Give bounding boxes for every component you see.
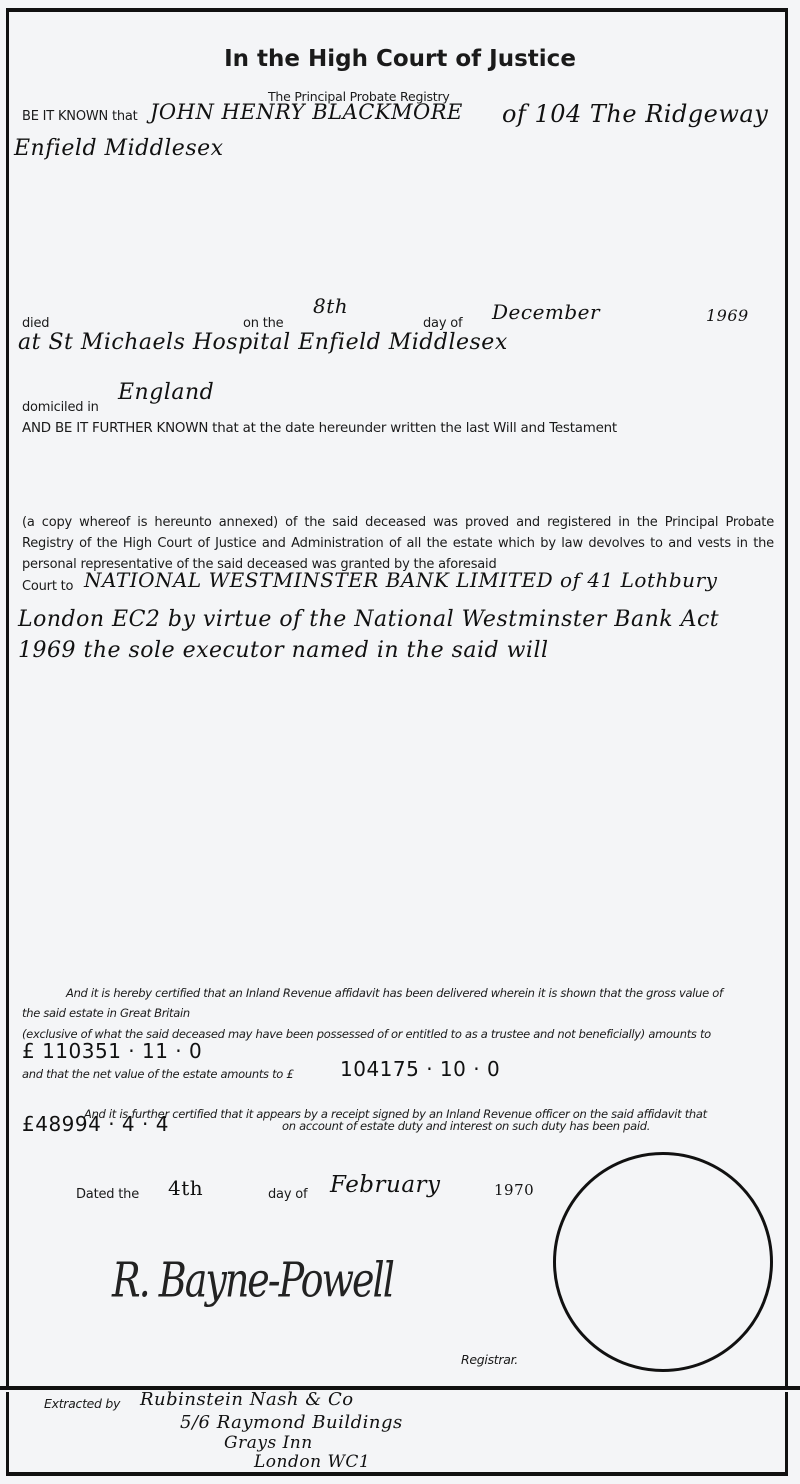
- extracted-by-label: Extracted by: [44, 1396, 120, 1411]
- net-value-label: and that the net value of the estate amo…: [22, 1067, 293, 1081]
- deceased-address-line1: of 104 The Ridgeway: [502, 100, 768, 128]
- day-of-label: day of: [423, 316, 462, 331]
- domicile: England: [118, 380, 214, 405]
- be-it-known-label: BE IT KNOWN that: [22, 109, 138, 124]
- divider-line: [0, 1386, 800, 1390]
- death-year: 1969: [706, 306, 749, 325]
- certified-intro: And it is hereby certified that an Inlan…: [66, 986, 723, 1000]
- gross-value: £ 110351 · 11 · 0: [22, 1039, 202, 1063]
- extraction-box: [6, 1392, 788, 1476]
- extractor-address-line3: London WC1: [254, 1452, 370, 1472]
- deceased-name: JOHN HENRY BLACKMORE: [150, 100, 463, 124]
- grantee-line1: NATIONAL WESTMINSTER BANK LIMITED of 41 …: [84, 568, 717, 592]
- dated-year: 1970: [494, 1181, 534, 1199]
- grant-paragraph: (a copy whereof is hereunto annexed) of …: [22, 512, 774, 575]
- dated-month: February: [330, 1172, 441, 1198]
- death-day: 8th: [313, 294, 348, 318]
- certified-line2: the said estate in Great Britain: [22, 1006, 190, 1020]
- dated-day: 4th: [168, 1176, 203, 1200]
- further-known-text: AND BE IT FURTHER KNOWN that at the date…: [22, 421, 617, 436]
- died-label: died: [22, 316, 49, 331]
- court-to-label: Court to: [22, 579, 73, 594]
- grantee-line3: 1969 the sole executor named in the said…: [18, 638, 549, 663]
- court-seal-circle: [553, 1152, 773, 1372]
- registrar-label: Registrar.: [461, 1352, 518, 1367]
- registrar-signature: R. Bayne-Powell: [112, 1253, 393, 1308]
- deceased-address-line2: Enfield Middlesex: [14, 136, 224, 161]
- duty-line2: on account of estate duty and interest o…: [282, 1119, 650, 1133]
- net-value: 104175 · 10 · 0: [340, 1057, 500, 1081]
- extractor-address-line2: Grays Inn: [224, 1433, 313, 1453]
- domiciled-label: domiciled in: [22, 400, 99, 415]
- document-title: In the High Court of Justice: [0, 46, 800, 72]
- duty-amount: £48994 · 4 · 4: [22, 1112, 169, 1136]
- death-month: December: [492, 300, 600, 324]
- extractor-address-line1: 5/6 Raymond Buildings: [180, 1412, 403, 1433]
- on-the-label: on the: [243, 316, 283, 331]
- extractor-name: Rubinstein Nash & Co: [140, 1389, 354, 1410]
- grantee-line2: London EC2 by virtue of the National Wes…: [18, 607, 719, 632]
- death-place: at St Michaels Hospital Enfield Middlese…: [18, 330, 508, 355]
- dated-label: Dated the: [76, 1187, 139, 1202]
- dated-day-of-label: day of: [268, 1187, 307, 1202]
